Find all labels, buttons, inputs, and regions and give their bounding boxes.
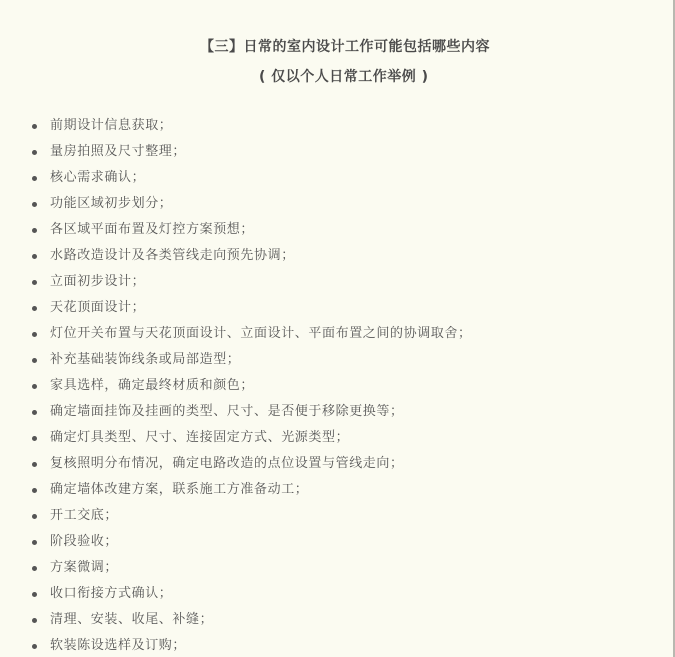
list-item: 清理、安装、收尾、补缝；	[0, 607, 472, 633]
list-item: 灯位开关布置与天花顶面设计、立面设计、平面布置之间的协调取舍；	[0, 321, 472, 347]
list-item-text: 家具选样，确定最终材质和颜色；	[50, 378, 254, 393]
bullet-icon	[32, 514, 37, 519]
list-item: 复核照明分布情况，确定电路改造的点位设置与管线走向；	[0, 451, 472, 477]
bullet-icon	[32, 176, 37, 181]
list-item: 确定墙体改建方案，联系施工方准备动工；	[0, 477, 472, 503]
list-item: 前期设计信息获取；	[0, 113, 472, 139]
bullet-icon	[32, 358, 37, 363]
bullet-icon	[32, 254, 37, 259]
list-item-text: 各区域平面布置及灯控方案预想；	[50, 222, 254, 237]
bullet-icon	[32, 410, 37, 415]
list-item: 立面初步设计；	[0, 269, 472, 295]
list-item-text: 阶段验收；	[50, 534, 118, 549]
bullet-icon	[32, 540, 37, 545]
list-item-text: 清理、安装、收尾、补缝；	[50, 612, 213, 627]
list-item: 各区域平面布置及灯控方案预想；	[0, 217, 472, 243]
list-item: 收口衔接方式确认；	[0, 581, 472, 607]
list-item: 软装陈设选样及订购；	[0, 633, 472, 657]
list-item-text: 确定墙面挂饰及挂画的类型、尺寸、是否便于移除更换等；	[50, 404, 404, 419]
list-item: 补充基础装饰线条或局部造型；	[0, 347, 472, 373]
list-item: 量房拍照及尺寸整理；	[0, 139, 472, 165]
list-item-text: 补充基础装饰线条或局部造型；	[50, 352, 240, 367]
bullet-icon	[32, 124, 37, 129]
list-item-text: 开工交底；	[50, 508, 118, 523]
bullet-icon	[32, 228, 37, 233]
bullet-icon	[32, 436, 37, 441]
list-item: 阶段验收；	[0, 529, 472, 555]
bullet-icon	[32, 332, 37, 337]
list-item-text: 核心需求确认；	[50, 170, 145, 185]
list-item: 天花顶面设计；	[0, 295, 472, 321]
list-item-text: 立面初步设计；	[50, 274, 145, 289]
list-item-text: 天花顶面设计；	[50, 300, 145, 315]
list-item-text: 软装陈设选样及订购；	[50, 638, 186, 653]
section-subtitle: ( 仅以个人日常工作举例 )	[259, 66, 429, 86]
list-item: 开工交底；	[0, 503, 472, 529]
list-item-text: 灯位开关布置与天花顶面设计、立面设计、平面布置之间的协调取舍；	[50, 326, 472, 341]
task-list: 前期设计信息获取； 量房拍照及尺寸整理； 核心需求确认； 功能区域初步划分； 各…	[0, 113, 472, 657]
list-item: 方案微调；	[0, 555, 472, 581]
bullet-icon	[32, 644, 37, 649]
bullet-icon	[32, 592, 37, 597]
bullet-icon	[32, 462, 37, 467]
list-item-text: 功能区域初步划分；	[50, 196, 172, 211]
section-title: 【三】日常的室内设计工作可能包括哪些内容	[200, 36, 490, 56]
list-item-text: 确定灯具类型、尺寸、连接固定方式、光源类型；	[50, 430, 349, 445]
list-item: 确定墙面挂饰及挂画的类型、尺寸、是否便于移除更换等；	[0, 399, 472, 425]
bullet-icon	[32, 384, 37, 389]
list-item: 核心需求确认；	[0, 165, 472, 191]
list-item: 家具选样，确定最终材质和颜色；	[0, 373, 472, 399]
list-item: 功能区域初步划分；	[0, 191, 472, 217]
list-item: 确定灯具类型、尺寸、连接固定方式、光源类型；	[0, 425, 472, 451]
list-item-text: 复核照明分布情况，确定电路改造的点位设置与管线走向；	[50, 456, 404, 471]
bullet-icon	[32, 488, 37, 493]
bullet-icon	[32, 306, 37, 311]
bullet-icon	[32, 566, 37, 571]
list-item-text: 水路改造设计及各类管线走向预先协调；	[50, 248, 295, 263]
bullet-icon	[32, 280, 37, 285]
list-item: 水路改造设计及各类管线走向预先协调；	[0, 243, 472, 269]
bullet-icon	[32, 150, 37, 155]
list-item-text: 前期设计信息获取；	[50, 118, 172, 133]
list-item-text: 确定墙体改建方案，联系施工方准备动工；	[50, 482, 308, 497]
list-item-text: 收口衔接方式确认；	[50, 586, 172, 601]
bullet-icon	[32, 618, 37, 623]
list-item-text: 量房拍照及尺寸整理；	[50, 144, 186, 159]
list-item-text: 方案微调；	[50, 560, 118, 575]
bullet-icon	[32, 202, 37, 207]
